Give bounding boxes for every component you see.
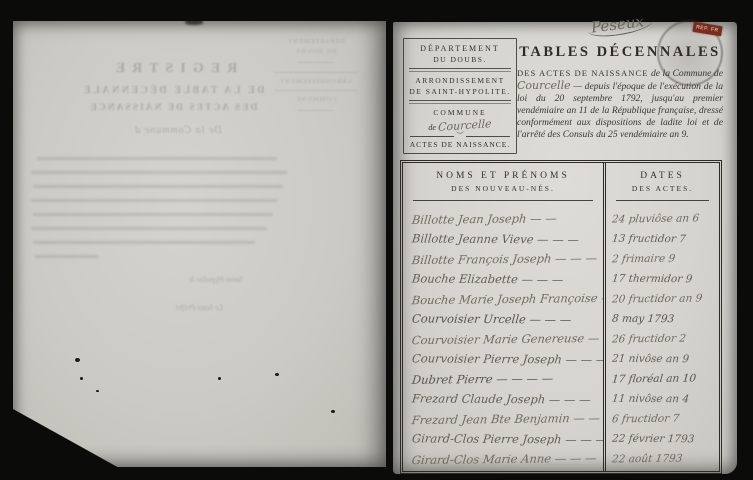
row-name: Bouche Marie Joseph Françoise — — [411, 292, 603, 306]
commune-row: de Courcelle — [406, 119, 514, 132]
intro-seg1: de la Commune de — [648, 68, 723, 79]
ghost-text-line — [33, 241, 255, 244]
ghost-text-line — [31, 227, 267, 230]
dates-header-line2: DES ACTES. — [606, 184, 719, 193]
row-name: Bouche Elizabette — — — — [411, 272, 564, 286]
row-name: Courvoisier Pierre Joseph — — — — [411, 352, 603, 366]
ghost-title-actes-naissance: DES ACTES DE NAISSANCE — [63, 103, 283, 113]
dates-header-line1: DATES — [606, 171, 719, 181]
table-row: Billotte Jeanne Vieve — — — 13 fructidor… — [403, 229, 719, 249]
department-value: DU DOUBS. — [406, 55, 514, 64]
arrondissement-value: DE SAINT-HYPOLITE. — [406, 87, 514, 96]
ghost-box-department: DÉPARTEMENT — [268, 38, 364, 45]
row-date: 11 nivôse an 4 — [611, 393, 689, 405]
ink-speck — [331, 410, 335, 413]
commune-label: COMMUNE — [406, 108, 514, 117]
row-date: 17 floréal an 10 — [611, 373, 696, 385]
row-name: Frezard Claude Joseph — — — — [411, 392, 591, 406]
table-row: Dubret Pierre — — — — 17 floréal an 10 — [403, 369, 719, 389]
ghost-box-commune: COMMUNE — [268, 96, 364, 103]
ghost-header-boxes: DÉPARTEMENT DU DOUBS ⁓⁓⁓⁓⁓ ARRONDISSEMEN… — [268, 35, 364, 115]
table-row: Billotte François Joseph — — — 2 frimair… — [403, 249, 719, 269]
row-date: 24 pluviôse an 6 — [611, 213, 700, 225]
arrondissement-label: ARRONDISSEMENT — [406, 76, 514, 85]
divider-rule — [274, 90, 358, 91]
intro-lead: DES ACTES DE NAISSANCE — [517, 68, 648, 78]
ghost-title-commune: De la Commune d — [103, 125, 253, 136]
ghost-text-line — [35, 255, 99, 258]
title-area: TABLES DÉCENNALES DES ACTES DE NAISSANCE… — [517, 44, 723, 141]
column-header-dates: DATES DES ACTES. — [606, 163, 719, 207]
row-date: 2 frimaire 9 — [611, 253, 676, 265]
divider-swash: ︶ — [410, 134, 510, 138]
row-date: 6 fructidor 7 — [611, 413, 680, 425]
header-rule — [616, 200, 709, 201]
table-row: Courvoisier Pierre Joseph — — — 21 nivôs… — [403, 349, 719, 369]
table-row: Girard-Clos Pierre Joseph — — — 22 févri… — [403, 429, 719, 449]
ghost-footer-sous-prefet: Le Sous-Préfet — [153, 303, 223, 312]
table-row: Courvoisier Urcelle — — — 8 may 1793 — [403, 309, 719, 329]
header-box: DÉPARTEMENT DU DOUBS. ARRONDISSEMENT DE … — [403, 38, 517, 154]
table-row: Frezard Jean Bte Benjamin — — 6 fructido… — [403, 409, 719, 429]
ink-speck — [80, 377, 83, 380]
row-name: Frezard Jean Bte Benjamin — — — [411, 412, 601, 426]
table-row: Bouche Elizabette — — — 17 thermidor 9 — [403, 269, 719, 289]
divider-rule — [409, 68, 511, 72]
page-title: TABLES DÉCENNALES — [517, 44, 723, 61]
intro-paragraph: DES ACTES DE NAISSANCE de la Commune de … — [517, 67, 723, 141]
ghost-title-registre: REGISTRE — [73, 61, 273, 77]
commune-de-label: de — [428, 123, 436, 132]
divider-swash: ⁓⁓⁓⁓⁓ — [268, 106, 364, 115]
ghost-text-line — [37, 157, 277, 160]
row-name: Girard-Clos Pierre Joseph — — — — [411, 432, 603, 446]
row-name: Billotte Jean Joseph — — — [411, 212, 558, 226]
names-header-line2: DES NOUVEAU-NÉS. — [403, 184, 603, 193]
ink-speck — [275, 373, 279, 376]
table-body: Billotte Jean Joseph — — 24 pluviôse an … — [403, 209, 719, 469]
ghost-text-line — [31, 199, 277, 202]
scanned-register-spread: REGISTRE DE LA TABLE DÉCENNALE DES ACTES… — [0, 0, 753, 480]
divider-rule — [274, 72, 358, 73]
department-label: DÉPARTEMENT — [406, 44, 514, 53]
row-date: 17 thermidor 9 — [611, 273, 692, 285]
acts-label: ACTES DE NAISSANCE. — [406, 140, 514, 149]
row-date: 22 février 1793 — [611, 433, 694, 445]
table-row: Courvoisier Marie Genereuse — — 26 fruct… — [403, 329, 719, 349]
ink-speck — [218, 377, 221, 380]
row-name: Courvoisier Urcelle — — — — [411, 312, 572, 326]
ink-speck — [75, 358, 80, 362]
row-date: 21 nivôse an 9 — [611, 353, 689, 365]
divider-swash: ⁓⁓⁓⁓⁓ — [268, 58, 364, 67]
row-date: 20 fructidor an 9 — [611, 293, 703, 305]
row-date: 22 août 1793 — [611, 453, 683, 465]
register-table: NOMS ET PRÉNOMS DES NOUVEAU-NÉS. DATES D… — [400, 160, 722, 474]
ghost-text-line — [31, 171, 287, 174]
ghost-footer-place: Saint-Hypolite le — [43, 275, 243, 284]
table-row: Frezard Claude Joseph — — — 11 nivôse an… — [403, 389, 719, 409]
ghost-box-doubs: DU DOUBS — [268, 48, 364, 55]
row-name: Girard-Clos Marie Anne — — — — [411, 452, 597, 466]
row-date: 26 fructidor 2 — [611, 333, 686, 345]
ghost-box-arrondissement: ARRONDISSEMENT — [268, 78, 364, 85]
names-header-line1: NOMS ET PRÉNOMS — [403, 171, 603, 181]
intro-commune-handwritten: Courcelle — [517, 79, 571, 92]
row-date: 8 may 1793 — [611, 313, 674, 325]
table-row: Girard-Clos Marie Anne — — — 22 août 179… — [403, 449, 719, 469]
ghost-text-line — [33, 213, 273, 216]
row-name: Courvoisier Marie Genereuse — — — [411, 332, 603, 346]
commune-handwritten-value: Courcelle — [438, 117, 492, 134]
row-name: Billotte François Joseph — — — — [411, 252, 598, 266]
right-page: Peseux REP. FR DÉPARTEMENT DU DOUBS. ARR… — [393, 22, 737, 474]
column-header-names: NOMS ET PRÉNOMS DES NOUVEAU-NÉS. — [403, 163, 603, 207]
left-page: REGISTRE DE LA TABLE DÉCENNALE DES ACTES… — [13, 21, 386, 467]
table-row: Bouche Marie Joseph Françoise — 20 fruct… — [403, 289, 719, 309]
header-rule — [413, 200, 593, 201]
table-row: Billotte Jean Joseph — — 24 pluviôse an … — [403, 209, 719, 229]
handwritten-annotation: Peseux — [586, 11, 655, 39]
row-date: 13 fructidor 7 — [611, 233, 686, 245]
ink-speck — [96, 390, 99, 392]
ghost-text-line — [33, 185, 283, 188]
row-name: Dubret Pierre — — — — — [411, 372, 554, 386]
divider-rule — [409, 100, 511, 104]
ink-speck — [185, 19, 203, 25]
row-name: Billotte Jeanne Vieve — — — — [411, 232, 579, 246]
ghost-title-table-decennale: DE LA TABLE DÉCENNALE — [53, 85, 293, 96]
